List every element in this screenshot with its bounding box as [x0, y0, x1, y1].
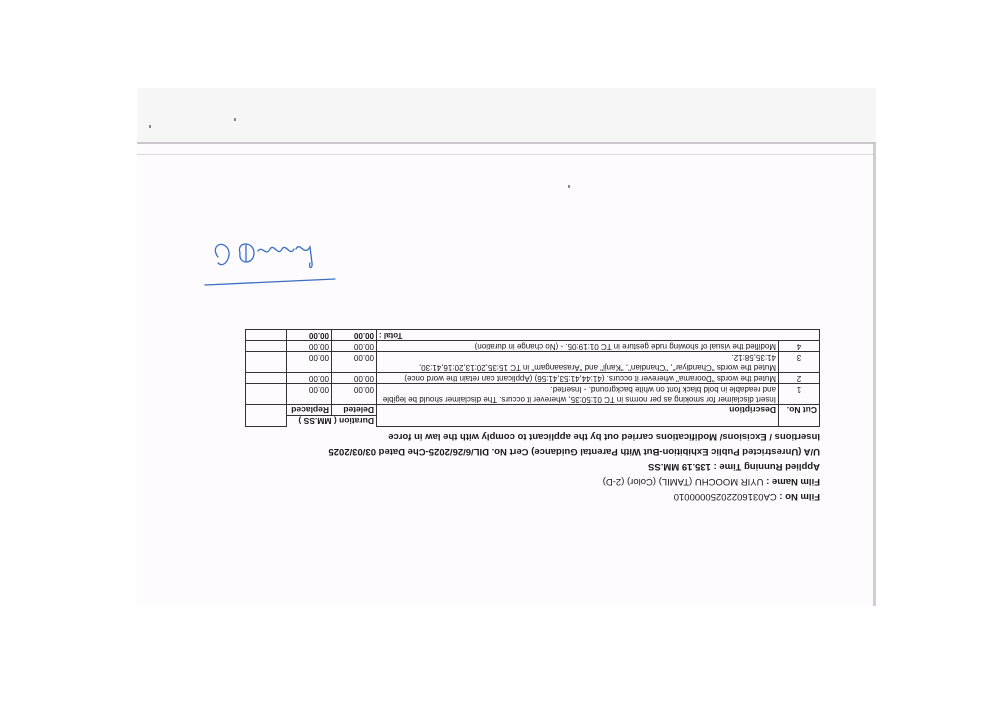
cut-blank — [246, 341, 287, 352]
header-description: Description — [377, 405, 779, 427]
cut-blank — [246, 352, 287, 373]
cuts-table: Cut No. Description Duration ( MM.SS ) D… — [245, 330, 820, 428]
header-cut-no: Cut No. — [779, 405, 820, 427]
film-name-label: Film Name : — [766, 476, 820, 487]
cut-description: Modified the visual of showing rude gest… — [377, 341, 779, 352]
total-blank-end — [246, 330, 287, 341]
cut-description: Muted the words "Doorama" wherever it oc… — [377, 373, 779, 384]
total-replaced: 00.00 — [287, 330, 332, 341]
table-row: 2 Muted the words "Doorama" wherever it … — [246, 373, 820, 384]
cut-description: Muted the words "Chandiyar", "Chandian",… — [377, 352, 779, 373]
table-row: 4 Modified the visual of showing rude ge… — [246, 341, 820, 352]
cut-blank — [246, 373, 287, 384]
certificate-line: U/A (Unrestricted Public Exhibition-But … — [328, 446, 820, 457]
total-blank — [779, 330, 820, 341]
running-time-label: Applied Running Time : — [714, 461, 820, 472]
cut-deleted: 00.00 — [332, 352, 377, 373]
certificate-document: Film No : CA03160220250000010 Film Name … — [195, 232, 820, 502]
cut-no: 1 — [779, 384, 820, 405]
film-no-label: Film No : — [779, 491, 820, 502]
film-name-value: UYIR MOOCHU (TAMIL) (Color) (2-D) — [603, 476, 764, 487]
running-time-line: Applied Running Time : 135.19 MM.SS — [648, 461, 820, 472]
cut-no: 2 — [779, 373, 820, 384]
cut-replaced: 00.00 — [287, 384, 332, 405]
total-label: Total : — [377, 330, 779, 341]
cut-description: Insert disclaimer for smoking as per nor… — [377, 384, 779, 405]
header-blank — [246, 405, 287, 427]
table-row: 3 Muted the words "Chandiyar", "Chandian… — [246, 352, 820, 373]
cut-replaced: 00.00 — [287, 341, 332, 352]
cut-deleted: 00.00 — [332, 373, 377, 384]
cut-replaced: 00.00 — [287, 373, 332, 384]
film-name-line: Film Name : UYIR MOOCHU (TAMIL) (Color) … — [603, 476, 820, 487]
cut-replaced: 00.00 — [287, 352, 332, 373]
running-time-value: 135.19 MM.SS — [648, 461, 711, 472]
scan-speck — [568, 185, 570, 188]
scan-speck — [234, 118, 236, 121]
cut-blank — [246, 384, 287, 405]
header-duration: Duration ( MM.SS ) — [287, 416, 377, 427]
table-row: 1 Insert disclaimer for smoking as per n… — [246, 384, 820, 405]
film-no-line: Film No : CA03160220250000010 — [674, 491, 820, 502]
header-deleted: Deleted — [332, 405, 377, 416]
total-deleted: 00.00 — [332, 330, 377, 341]
scan-top-strip — [137, 88, 876, 144]
scan-right-edge — [873, 144, 876, 606]
cut-deleted: 00.00 — [332, 341, 377, 352]
cut-deleted: 00.00 — [332, 384, 377, 405]
cut-no: 3 — [779, 352, 820, 373]
table-header-row: Cut No. Description Duration ( MM.SS ) — [246, 416, 820, 427]
film-no-value: CA03160220250000010 — [674, 491, 777, 502]
insertions-heading: Insertions / Excisions/ Modifications ca… — [388, 431, 820, 442]
scan-fold-line-secondary — [137, 154, 876, 155]
cut-no: 4 — [779, 341, 820, 352]
header-replaced: Replaced — [287, 405, 332, 416]
signature — [200, 227, 340, 297]
scan-fold-line — [137, 142, 876, 144]
scan-speck — [149, 125, 151, 128]
table-total-row: Total : 00.00 00.00 — [246, 330, 820, 341]
